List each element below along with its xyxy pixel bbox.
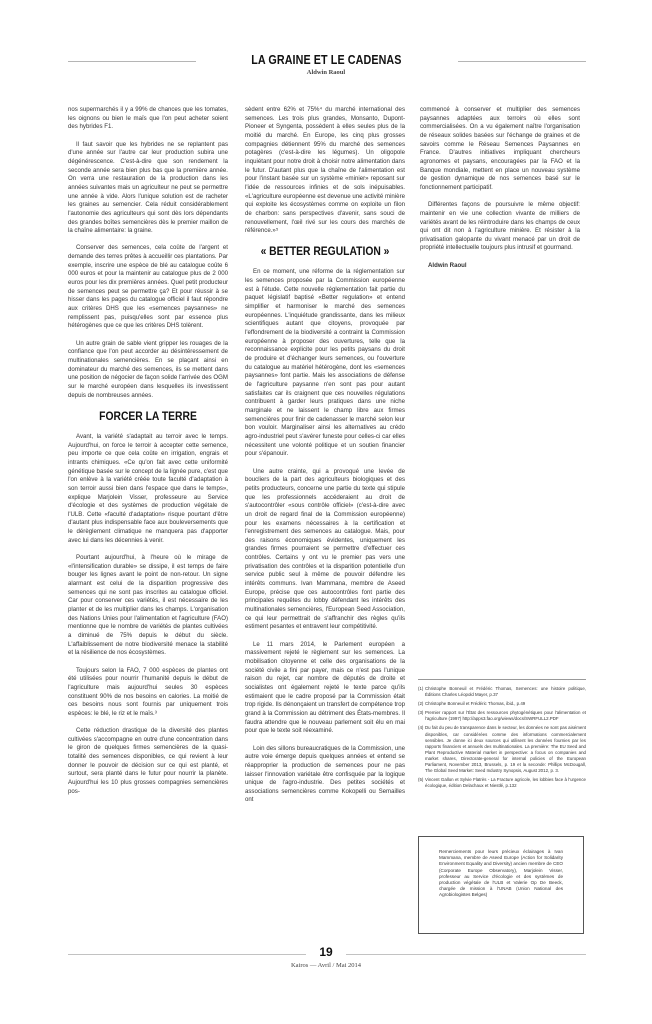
paragraph: Il faut savoir que les hybrides ne se re…	[68, 141, 228, 236]
paragraph: commencé à conserver et multiplier des s…	[420, 106, 580, 193]
paragraph: Une autre crainte, qui a provoqué une le…	[245, 468, 405, 632]
footnote-text: Premier rapport sur l'État des ressource…	[425, 710, 586, 722]
paragraph: Avant, la variété s'adaptait au terroir …	[68, 433, 228, 546]
footnote-number: (4)	[418, 725, 425, 774]
footnote: (5) Vincent Gallon et Sylvie Flatrès - L…	[418, 777, 586, 789]
paragraph: Conserver des semences, cela coûte de l'…	[68, 244, 228, 331]
footnote: (1) Christophe Bonneuil et Frédéric Thom…	[418, 686, 586, 698]
footnote-text: Du fait du peu de transparence dans le s…	[425, 725, 586, 774]
paragraph: Pourtant aujourd'hui, à l'heure où le mi…	[68, 554, 228, 658]
footnote: (2) Christophe Bonneuil et Frédéric Thom…	[418, 701, 586, 707]
article-signature: Aldwin Raoul	[420, 262, 580, 271]
section-heading-forcer-la-terre: FORCER LA TERRE	[79, 409, 217, 423]
footnote-number: (1)	[418, 686, 425, 698]
paragraph: Un autre grain de sable vient gripper le…	[68, 340, 228, 401]
paragraph: nos supermarchés il y a 99% de chances q…	[68, 106, 228, 132]
column-middle: sèdent entre 62% et 75%⁴ du marché inter…	[245, 106, 405, 814]
article-title: LA GRAINE ET LE CADENAS	[0, 53, 652, 67]
footnote-number: (2)	[418, 701, 425, 707]
footnotes: (1) Christophe Bonneuil et Frédéric Thom…	[418, 686, 586, 792]
footnote-number: (3)	[418, 710, 425, 722]
footnote: (4) Du fait du peu de transparence dans …	[418, 725, 586, 774]
footnotes-rule	[418, 679, 586, 680]
acknowledgements-text: Remerciements pour leurs précieux éclair…	[439, 849, 563, 899]
paragraph: Cette réduction drastique de la diversit…	[68, 727, 228, 796]
article-author: Aldwin Raoul	[0, 69, 652, 76]
acknowledgements-box: Remerciements pour leurs précieux éclair…	[418, 836, 584, 934]
publication-info: Kairos — Avril / Mai 2014	[0, 962, 652, 969]
paragraph: Le 11 mars 2014, le Parlement européen a…	[245, 641, 405, 736]
footnote-text: Vincent Gallon et Sylvie Flatrès - La Fr…	[425, 777, 586, 789]
column-left: nos supermarchés il y a 99% de chances q…	[68, 106, 228, 805]
footnote-text: Christophe Bonneuil et Frédéric Thomas, …	[425, 686, 586, 698]
paragraph: Différentes façons de poursuivre le même…	[420, 201, 580, 253]
paragraph: sèdent entre 62% et 75%⁴ du marché inter…	[245, 106, 405, 236]
column-right: commencé à conserver et multiplier des s…	[420, 106, 580, 279]
page-number: 19	[0, 945, 652, 959]
section-heading-better-regulation: « BETTER REGULATION »	[256, 244, 394, 258]
footnote-text: Christophe Bonneuil et Frédéric Thomas, …	[425, 701, 586, 707]
paragraph: Loin des sillons bureaucratiques de la C…	[245, 745, 405, 806]
footnote: (3) Premier rapport sur l'État des resso…	[418, 710, 586, 722]
footnote-number: (5)	[418, 777, 425, 789]
paragraph: En ce moment, une réforme de la réglemen…	[245, 268, 405, 458]
paragraph: Toujours selon la FAO, 7 000 espèces de …	[68, 667, 228, 719]
